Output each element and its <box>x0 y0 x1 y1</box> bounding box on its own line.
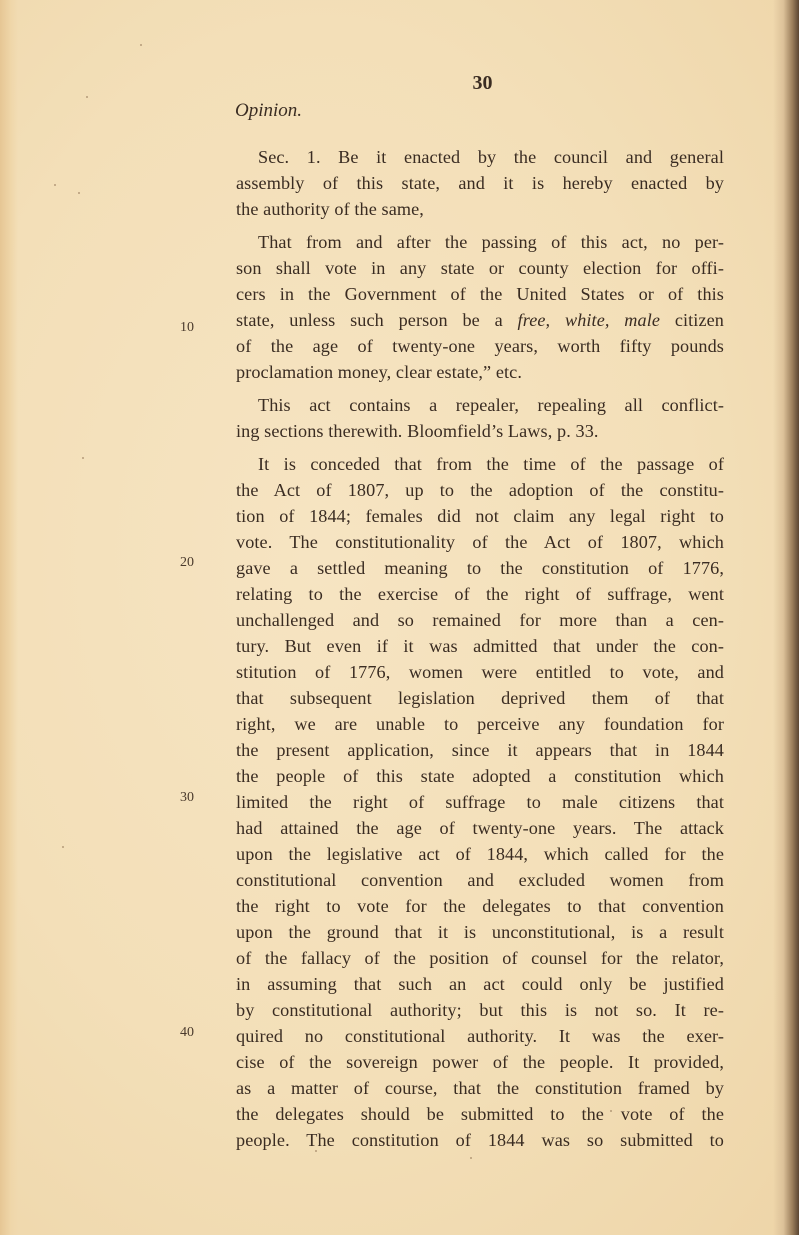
margin-line-number-40: 40 <box>180 1025 194 1041</box>
page-number: 30 <box>0 72 799 95</box>
body-text: Sec. 1. Be it enacted by the council and… <box>236 144 724 1153</box>
text-line: of the age of twenty-one years, worth fi… <box>236 333 724 359</box>
text-line: by constitutional authority; but this is… <box>236 997 724 1023</box>
text-line: assembly of this state, and it is hereby… <box>236 170 724 196</box>
text-line: This act contains a repealer, repealing … <box>236 392 724 418</box>
paper-speck <box>62 846 64 848</box>
text-line: Sec. 1. Be it enacted by the council and… <box>236 144 724 170</box>
text-line: It is conceded that from the time of the… <box>236 451 724 477</box>
paper-speck <box>610 1110 612 1112</box>
paper-speck <box>82 457 84 459</box>
page-left-edge <box>0 0 18 1235</box>
text-line: as a matter of course, that the constitu… <box>236 1075 724 1101</box>
italic-phrase: free, white, male <box>518 310 661 330</box>
text-line: limited the right of suffrage to male ci… <box>236 789 724 815</box>
text-line: That from and after the passing of this … <box>236 229 724 255</box>
text-line: the Act of 1807, up to the adoption of t… <box>236 477 724 503</box>
text-line: the present application, since it appear… <box>236 737 724 763</box>
text-line: the authority of the same, <box>236 196 724 222</box>
text-line: upon the legislative act of 1844, which … <box>236 841 724 867</box>
text-line: in assuming that such an act could only … <box>236 971 724 997</box>
section-heading: Opinion. <box>235 100 302 122</box>
book-page: 30 Opinion. 10 20 30 40 Sec. 1. Be it en… <box>0 0 799 1235</box>
text-line: the delegates should be submitted to the… <box>236 1101 724 1127</box>
paragraph-opinion-argument: It is conceded that from the time of the… <box>236 451 724 1153</box>
page-binding-shadow <box>773 0 799 1235</box>
paper-speck <box>86 96 88 98</box>
margin-line-number-10: 10 <box>180 320 194 336</box>
text-line: the right to vote for the delegates to t… <box>236 893 724 919</box>
margin-line-number-20: 20 <box>180 555 194 571</box>
text-line: of the fallacy of the position of counse… <box>236 945 724 971</box>
text-line: ing sections therewith. Bloomfield’s Law… <box>236 418 724 444</box>
text-line-with-italic: state, unless such person be a free, whi… <box>236 307 724 333</box>
text-line: people. The constitution of 1844 was so … <box>236 1127 724 1153</box>
paragraph-enactment: Sec. 1. Be it enacted by the council and… <box>236 144 724 222</box>
paper-speck <box>140 44 142 46</box>
text-line: that subsequent legislation deprived the… <box>236 685 724 711</box>
text-line: quired no constitutional authority. It w… <box>236 1023 724 1049</box>
paper-speck <box>470 1157 472 1159</box>
text-line: cers in the Government of the United Sta… <box>236 281 724 307</box>
text-line: vote. The constitutionality of the Act o… <box>236 529 724 555</box>
text-line: had attained the age of twenty-one years… <box>236 815 724 841</box>
text-line: relating to the exercise of the right of… <box>236 581 724 607</box>
margin-line-number-30: 30 <box>180 790 194 806</box>
text-line: upon the ground that it is unconstitutio… <box>236 919 724 945</box>
text-line: tury. But even if it was admitted that u… <box>236 633 724 659</box>
paragraph-voting-provision: That from and after the passing of this … <box>236 229 724 385</box>
text-line: proclamation money, clear estate,” etc. <box>236 359 724 385</box>
text-line: tion of 1844; females did not claim any … <box>236 503 724 529</box>
paper-speck <box>54 184 56 186</box>
text-line: cise of the sovereign power of the peopl… <box>236 1049 724 1075</box>
paper-speck <box>78 192 80 194</box>
paper-speck <box>315 1150 317 1152</box>
text-line: unchallenged and so remained for more th… <box>236 607 724 633</box>
paragraph-repealer: This act contains a repealer, repealing … <box>236 392 724 444</box>
text-line: son shall vote in any state or county el… <box>236 255 724 281</box>
text-line: right, we are unable to perceive any fou… <box>236 711 724 737</box>
text-line: gave a settled meaning to the constituti… <box>236 555 724 581</box>
text-line: stitution of 1776, women were entitled t… <box>236 659 724 685</box>
text-line: the people of this state adopted a const… <box>236 763 724 789</box>
text-line: constitutional convention and excluded w… <box>236 867 724 893</box>
